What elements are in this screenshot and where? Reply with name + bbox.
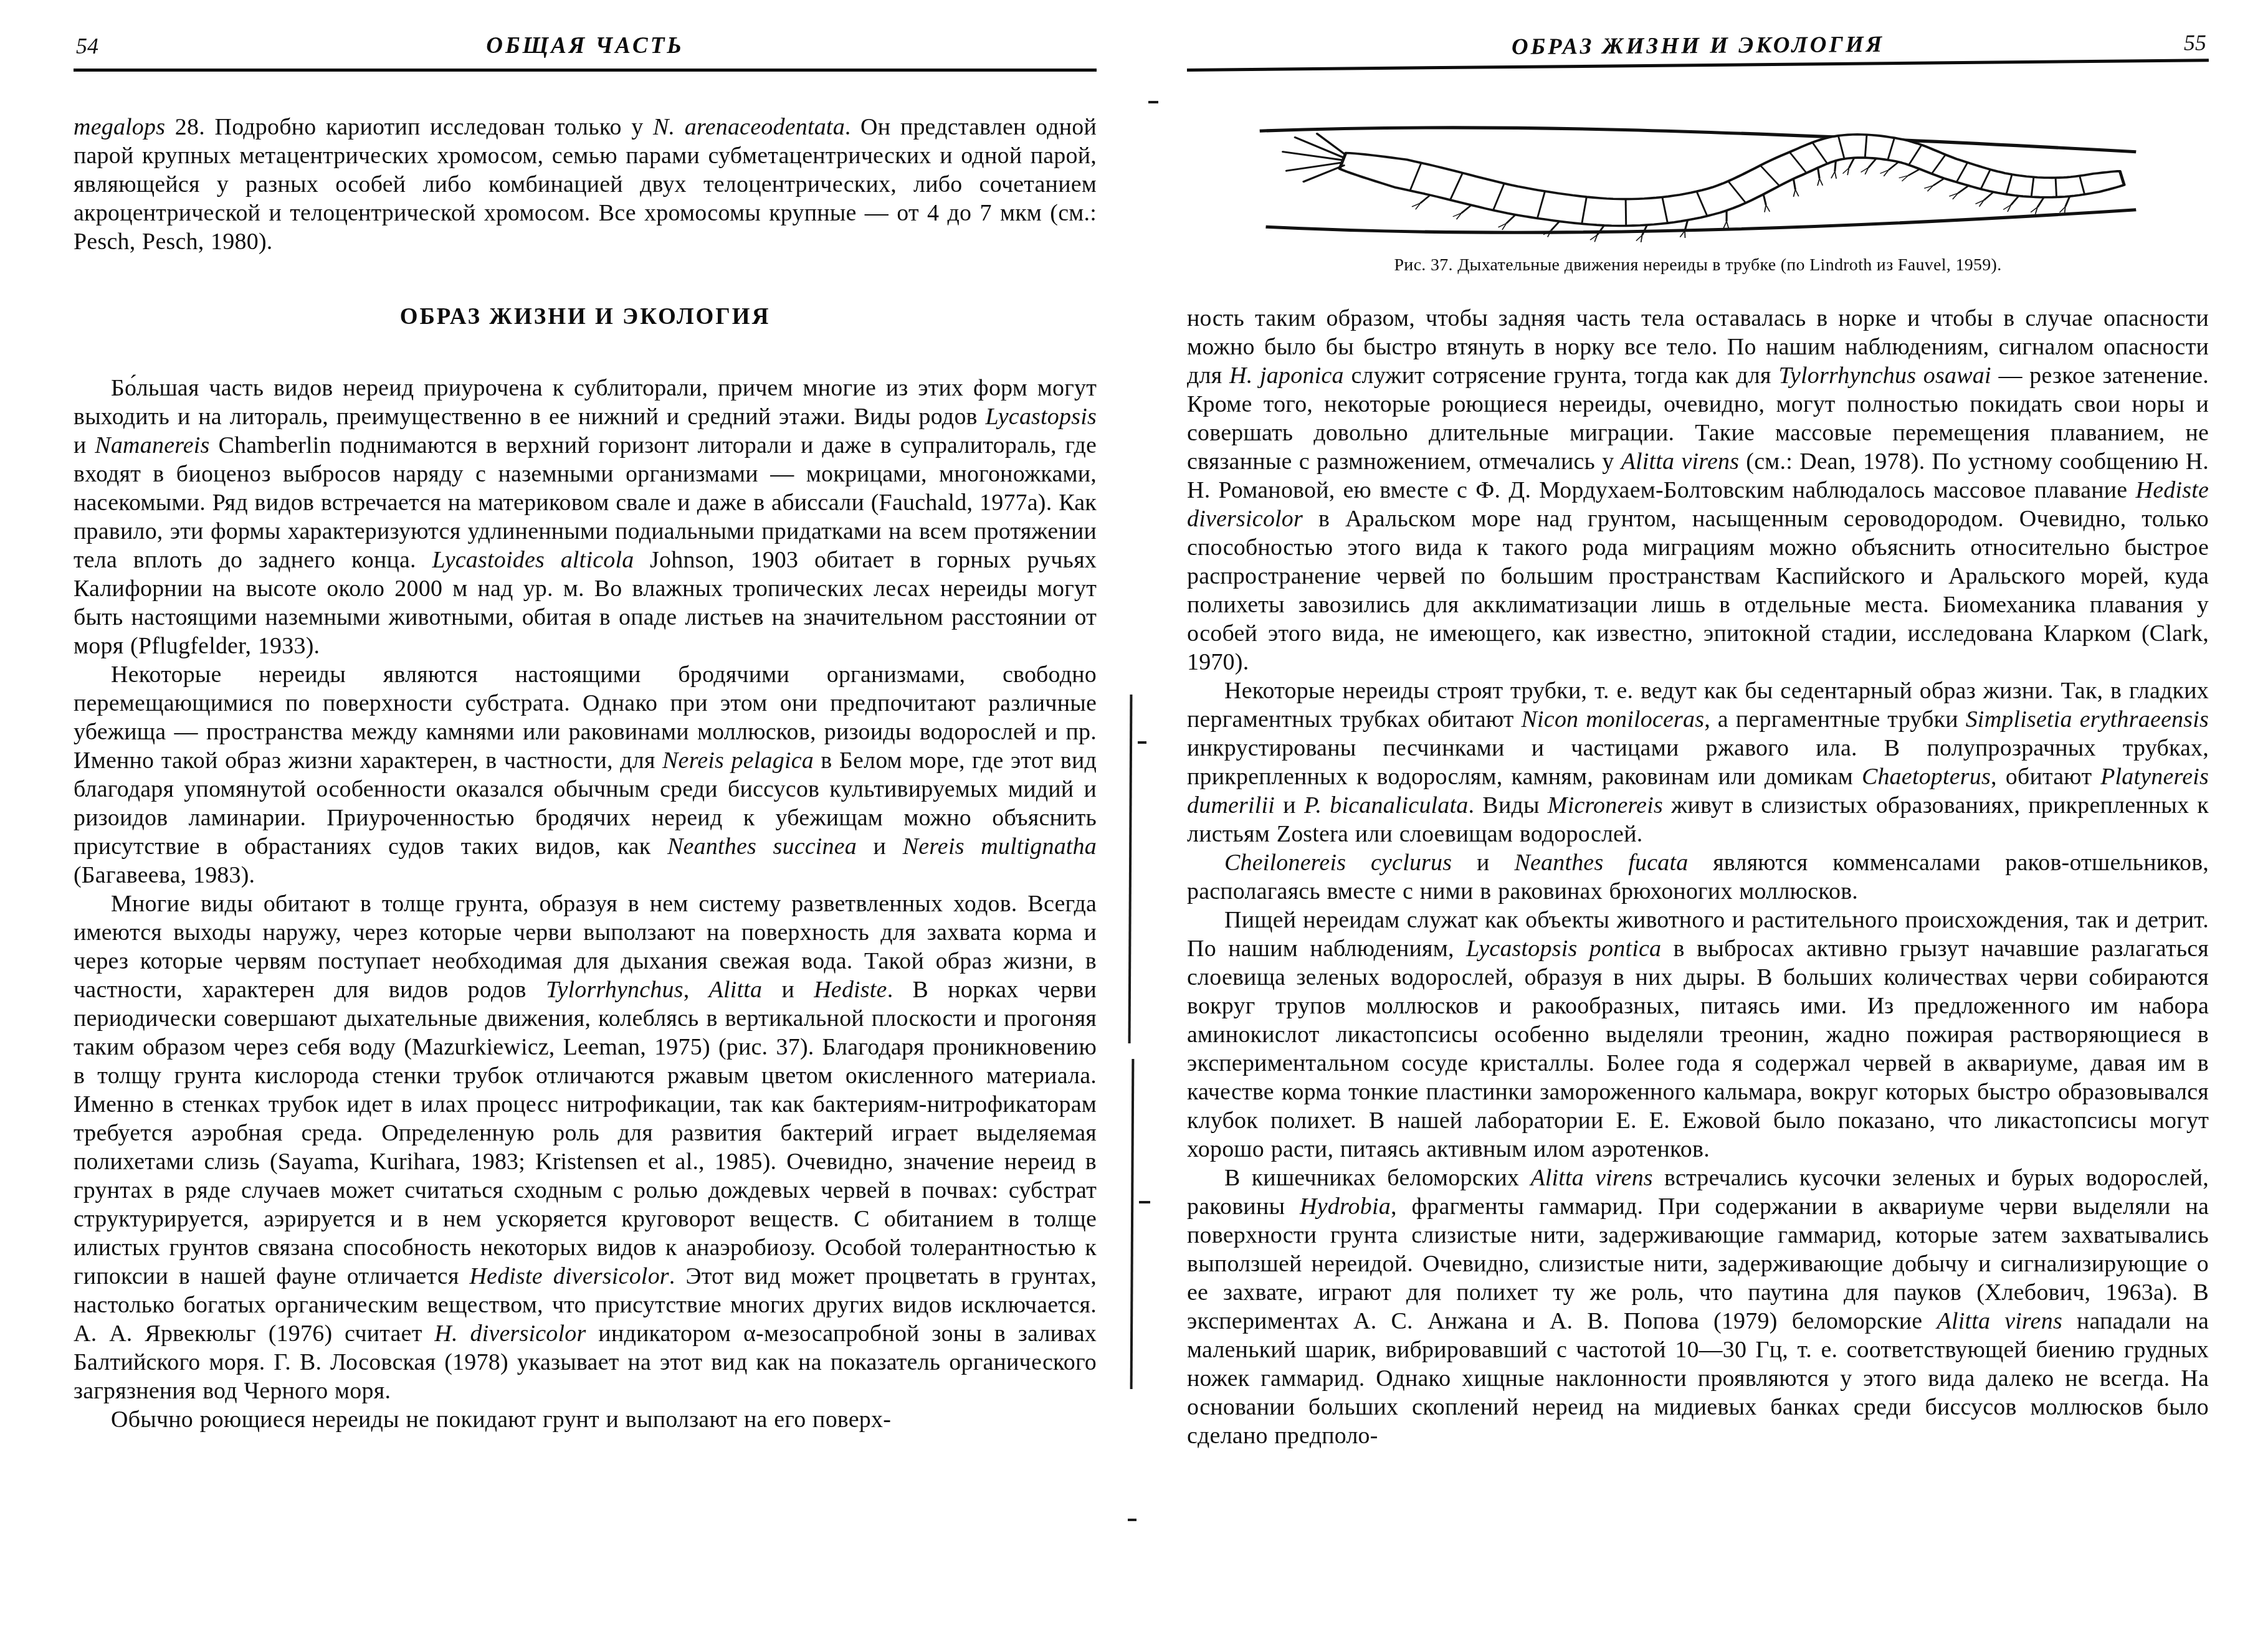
- right-body: ность таким образом, чтобы задняя часть …: [1187, 304, 2209, 1450]
- worm-in-tube-figure-svg: [1252, 107, 2143, 242]
- paragraph: Бо́льшая часть видов нереид приурочена к…: [74, 374, 1097, 660]
- left-running-title: ОБЩАЯ ЧАСТЬ: [74, 26, 1097, 66]
- paragraph: megalops 28. Подробно кариотип исследова…: [74, 113, 1097, 256]
- page-right: 55 ОБРАЗ ЖИЗНИ И ЭКОЛОГИЯ Рис. 37. Дыхат…: [1134, 0, 2268, 1632]
- paragraph: ность таким образом, чтобы задняя часть …: [1187, 304, 2209, 676]
- right-page-number: 55: [2184, 22, 2206, 62]
- scan-artifact: [1148, 101, 1158, 103]
- paragraph: Некоторые нереиды строят трубки, т. е. в…: [1187, 676, 2209, 848]
- page-right-content: 55 ОБРАЗ ЖИЗНИ И ЭКОЛОГИЯ Рис. 37. Дыхат…: [1187, 26, 2209, 1450]
- worm-body: [1340, 135, 2124, 226]
- left-page-number: 54: [76, 26, 98, 66]
- left-intro: megalops 28. Подробно кариотип исследова…: [74, 113, 1097, 256]
- book-spread: 54 ОБЩАЯ ЧАСТЬ megalops 28. Подробно кар…: [0, 0, 2268, 1632]
- scan-artifact: [1139, 1201, 1150, 1203]
- scan-artifact: [1128, 1519, 1136, 1521]
- figure-37: Рис. 37. Дыхательные движения нереиды в …: [1187, 107, 2209, 275]
- page-left: 54 ОБЩАЯ ЧАСТЬ megalops 28. Подробно кар…: [0, 0, 1134, 1632]
- left-body: Бо́льшая часть видов нереид приурочена к…: [74, 374, 1097, 1434]
- paragraph: В кишечниках беломорских Alitta virens в…: [1187, 1164, 2209, 1450]
- page-left-content: 54 ОБЩАЯ ЧАСТЬ megalops 28. Подробно кар…: [74, 26, 1097, 1434]
- section-heading: ОБРАЗ ЖИЗНИ И ЭКОЛОГИЯ: [74, 303, 1097, 330]
- paragraph: Некоторые нереиды являются настоящими бр…: [74, 660, 1097, 890]
- figure-caption: Рис. 37. Дыхательные движения нереиды в …: [1187, 255, 2209, 275]
- paragraph: Cheilonereis cyclurus и Neanthes fucata …: [1187, 848, 2209, 906]
- paragraph: Обычно роющиеся нереиды не покидают грун…: [74, 1405, 1097, 1434]
- scan-artifact: [1138, 741, 1146, 744]
- left-header-rule: [74, 69, 1097, 72]
- left-running-head: 54 ОБЩАЯ ЧАСТЬ: [74, 26, 1097, 66]
- paragraph: Пищей нереидам служат как объекты животн…: [1187, 906, 2209, 1164]
- paragraph: Многие виды обитают в толще грунта, обра…: [74, 890, 1097, 1405]
